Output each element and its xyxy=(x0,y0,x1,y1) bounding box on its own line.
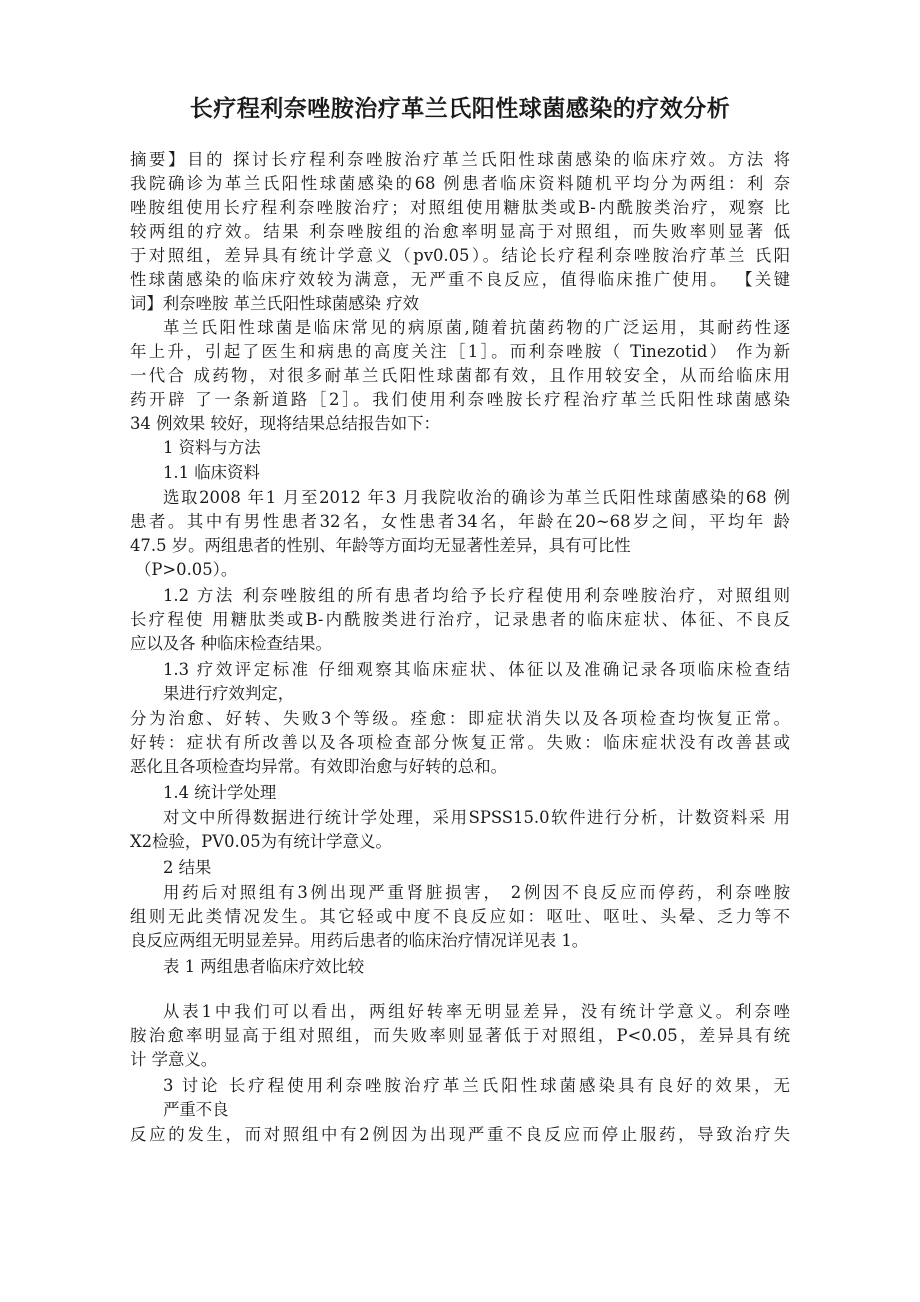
text-line: 反应的发生，而对照组中有2例因为出现严重不良反应而停止服药，导致治疗失 xyxy=(130,1123,790,1147)
text-line: X2检验，PV0.05为有统计学意义。 xyxy=(130,830,790,854)
text-line: 从表1中我们可以看出，两组好转率无明显差异，没有统计学意义。利奈唑 xyxy=(163,1000,790,1024)
text-line: 果进行疗效判定， xyxy=(163,682,790,706)
text-line: 良反应两组无明显差异。用药后患者的临床治疗情况详见表 1。 xyxy=(130,929,790,953)
text-line: 唑胺组使用长疗程利奈唑胺治疗；对照组使用糖肽类或B-内酰胺类治疗，观察 比 xyxy=(130,196,790,220)
text-line: 长疗程使 用糖肽类或B-内酰胺类进行治疗，记录患者的临床症状、体征、不良反 xyxy=(130,608,790,632)
text-line: 用药后对照组有3例出现严重肾脏损害， 2例因不良反应而停药，利奈唑胺 xyxy=(163,881,790,905)
text-line: 较两组的疗效。结果 利奈唑胺组的治愈率明显高于对照组，而失败率则显著 低 xyxy=(130,220,790,244)
text-line: 恶化且各项检查均异常。有效即治愈与好转的总和。 xyxy=(130,755,790,779)
text-line: 词】利奈唑胺 革兰氏阳性球菌感染 疗效 xyxy=(130,292,790,316)
text-line: 计 学意义。 xyxy=(130,1048,790,1072)
text-line: 47.5 岁。两组患者的性别、年龄等方面均无显著性差异，具有可比性 xyxy=(130,534,790,558)
text-line: 3 讨论 长疗程使用利奈唑胺治疗革兰氏阳性球菌感染具有良好的效果，无 xyxy=(163,1074,790,1098)
text-line: 应以及各 种临床检查结果。 xyxy=(130,632,790,656)
text-line: 我院确诊为革兰氏阳性球菌感染的68 例患者临床资料随机平均分为两组：利 奈 xyxy=(130,172,790,196)
text-line: 组则无此类情况发生。其它轻或中度不良反应如：呕吐、呕吐、头晕、乏力等不 xyxy=(130,905,790,929)
text-line: 胺治愈率明显高于组对照组，而失败率则显著低于对照组，P<0.05，差异具有统 xyxy=(130,1024,790,1048)
text-line: 好转：症状有所改善以及各项检查部分恢复正常。失败：临床症状没有改善甚或 xyxy=(130,731,790,755)
text-line: 表 1 两组患者临床疗效比较 xyxy=(163,955,790,979)
text-line: 1.3 疗效评定标准 仔细观察其临床症状、体征以及准确记录各项临床检查结 xyxy=(163,658,790,682)
text-line: 1.4 统计学处理 xyxy=(163,781,790,805)
text-line: 34 例效果 较好，现将结果总结报告如下： xyxy=(130,412,790,436)
text-line: 2 结果 xyxy=(163,856,790,880)
text-line: 1.1 临床资料 xyxy=(163,461,790,485)
text-line: 于对照组，差异具有统计学意义（pv0.05）。结论长疗程利奈唑胺治疗革兰 氏阳 xyxy=(130,244,790,268)
text-line: 患者。其中有男性患者32名，女性患者34名，年龄在20~68岁之间，平均年 龄 xyxy=(130,510,790,534)
document-title: 长疗程利奈唑胺治疗革兰氏阳性球菌感染的疗效分析 xyxy=(0,90,920,123)
text-line: 对文中所得数据进行统计学处理，采用SPSS15.0软件进行分析，计数资料采 用 xyxy=(163,806,790,830)
text-line: （P>0.05）。 xyxy=(135,558,795,582)
text-line: 1.2 方法 利奈唑胺组的所有患者均给予长疗程使用利奈唑胺治疗，对照组则 xyxy=(163,584,790,608)
text-line: 分为治愈、好转、失败3个等级。痊愈：即症状消失以及各项检查均恢复正常。 xyxy=(130,707,790,731)
text-line: 性球菌感染的临床疗效较为满意，无严重不良反应，值得临床推广使用。 【关键 xyxy=(130,268,790,292)
text-line: 1 资料与方法 xyxy=(163,436,790,460)
text-line: 一代合 成药物，对很多耐革兰氏阳性球菌都有效，且作用较安全，从而给临床用 xyxy=(130,364,790,388)
text-line: 年上升，引起了医生和病患的高度关注［1］。而利奈唑胺（ Tinezotid） 作… xyxy=(130,340,790,364)
text-line: 严重不良 xyxy=(163,1098,790,1122)
text-line: 选取2008 年1 月至2012 年3 月我院收治的确诊为革兰氏阳性球菌感染的6… xyxy=(163,486,790,510)
text-line: 药开辟 了一条新道路［2］。我们使用利奈唑胺长疗程治疗革兰氏阳性球菌感染 xyxy=(130,388,790,412)
text-line: 革兰氏阳性球菌是临床常见的病原菌,随着抗菌药物的广泛运用，其耐药性逐 xyxy=(163,316,790,340)
text-line: 摘要】目的 探讨长疗程利奈唑胺治疗革兰氏阳性球菌感染的临床疗效。方法 将 xyxy=(130,148,790,172)
